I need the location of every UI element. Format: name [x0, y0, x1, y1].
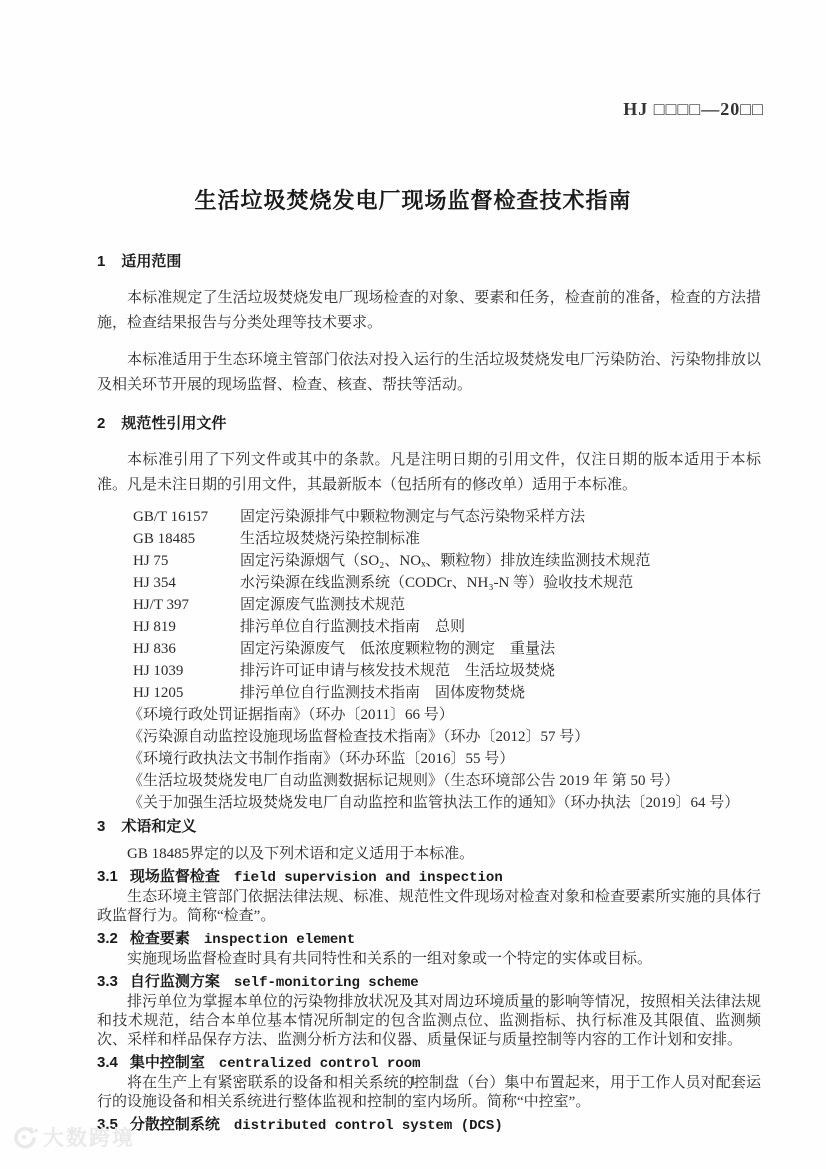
term-zh: 集中控制室 [130, 1054, 205, 1071]
cited-document: 《环境行政处罚证据指南》（环办〔2011〕66 号） [97, 704, 761, 726]
document-page: HJ □□□□—20□□ 生活垃圾焚烧发电厂现场监督检查技术指南 1适用范围 本… [0, 0, 826, 1169]
reference-code: HJ 1205 [133, 682, 240, 704]
term-heading: 3.3自行监测方案self-monitoring scheme [97, 972, 761, 993]
reference-item: HJ 354水污染源在线监测系统（CODCr、NH₃-N 等）验收技术规范 [97, 572, 761, 594]
reference-item: HJ 1039排污许可证申请与核发技术规范 生活垃圾焚烧 [97, 660, 761, 682]
term-zh: 检查要素 [130, 930, 190, 947]
reference-code: HJ 1039 [133, 660, 240, 682]
term-definition-text: 生态环境主管部门依据法律法规、标准、规范性文件现场对检查对象和检查要素所实施的具… [97, 888, 761, 926]
term-definition-text: 排污单位为掌握本单位的污染物排放状况及其对周边环境质量的影响等情况，按照相关法律… [97, 993, 761, 1050]
section-title: 规范性引用文件 [121, 415, 226, 432]
normative-reference-list: GB/T 16157固定污染源排气中颗粒物测定与气态污染物采样方法 GB 184… [97, 506, 761, 814]
term-definition-3-2: 3.2检查要素inspection element 实施现场监督检查时具有共同特… [97, 929, 761, 969]
reference-title: 固定污染源排气中颗粒物测定与气态污染物采样方法 [240, 506, 761, 528]
reference-code: GB 18485 [133, 528, 240, 550]
term-heading: 3.1现场监督检查field supervision and inspectio… [97, 867, 761, 888]
cited-document: 《生活垃圾焚烧发电厂自动监测数据标记规则》（生态环境部公告 2019 年 第 5… [97, 770, 761, 792]
reference-title: 生活垃圾焚烧污染控制标准 [240, 528, 761, 550]
cited-document: 《环境行政执法文书制作指南》（环办环监〔2016〕55 号） [97, 748, 761, 770]
term-en: self-monitoring scheme [234, 975, 419, 991]
section-2-heading: 2规范性引用文件 [97, 414, 761, 434]
section-1-paragraph-2: 本标准适用于生态环境主管部门依法对投入运行的生活垃圾焚烧发电厂污染防治、污染物排… [97, 348, 761, 398]
term-heading: 3.2检查要素inspection element [97, 929, 761, 950]
reference-title: 排污单位自行监测技术指南 固体废物焚烧 [240, 682, 761, 704]
reference-title: 排污单位自行监测技术指南 总则 [240, 616, 761, 638]
term-zh: 分散控制系统 [130, 1116, 220, 1133]
reference-code: HJ 354 [133, 572, 240, 594]
reference-code: GB/T 16157 [133, 506, 240, 528]
term-definition-text: 实施现场监督检查时具有共同特性和关系的一组对象或一个特定的实体或目标。 [97, 950, 761, 969]
reference-code: HJ 75 [133, 550, 240, 572]
section-1-paragraph-1: 本标准规定了生活垃圾焚烧发电厂现场检查的对象、要素和任务，检查前的准备，检查的方… [97, 286, 761, 336]
reference-item: HJ/T 397固定源废气监测技术规范 [97, 594, 761, 616]
term-en: centralized control room [219, 1056, 421, 1072]
term-en: field supervision and inspection [234, 870, 503, 886]
cited-document: 《污染源自动监控设施现场监督检查技术指南》（环办〔2012〕57 号） [97, 726, 761, 748]
reference-title: 固定污染源废气 低浓度颗粒物的测定 重量法 [240, 638, 761, 660]
section-2-intro: 本标准引用了下列文件或其中的条款。凡是注明日期的引用文件，仅注日期的版本适用于本… [97, 448, 761, 498]
watermark: 大数跨境 [12, 1122, 135, 1152]
cited-document: 《关于加强生活垃圾焚烧发电厂自动监控和监管执法工作的通知》（环办执法〔2019〕… [97, 792, 761, 814]
term-definition-3-3: 3.3自行监测方案self-monitoring scheme 排污单位为掌握本… [97, 972, 761, 1050]
term-zh: 自行监测方案 [130, 973, 220, 990]
term-definition-3-5: 3.5分散控制系统distributed control system (DCS… [97, 1115, 761, 1136]
section-number: 3 [97, 818, 105, 835]
reference-item: HJ 819排污单位自行监测技术指南 总则 [97, 616, 761, 638]
reference-title: 水污染源在线监测系统（CODCr、NH₃-N 等）验收技术规范 [240, 572, 761, 594]
term-number: 3.3 [97, 973, 118, 990]
term-en: distributed control system (DCS) [234, 1118, 503, 1134]
reference-code: HJ 836 [133, 638, 240, 660]
reference-title: 排污许可证申请与核发技术规范 生活垃圾焚烧 [240, 660, 761, 682]
section-3-intro: GB 18485界定的以及下列术语和定义适用于本标准。 [97, 845, 761, 864]
reference-item: GB 18485生活垃圾焚烧污染控制标准 [97, 528, 761, 550]
reference-item: HJ 75固定污染源烟气（SO₂、NOₓ、颗粒物）排放连续监测技术规范 [97, 550, 761, 572]
section-1-heading: 1适用范围 [97, 252, 761, 272]
term-heading: 3.4集中控制室centralized control room [97, 1053, 761, 1074]
reference-item: GB/T 16157固定污染源排气中颗粒物测定与气态污染物采样方法 [97, 506, 761, 528]
section-title: 术语和定义 [121, 818, 196, 835]
term-definition-3-1: 3.1现场监督检查field supervision and inspectio… [97, 867, 761, 926]
term-en: inspection element [204, 932, 355, 948]
page-number: 1 [0, 1074, 826, 1090]
term-zh: 现场监督检查 [130, 868, 220, 885]
term-heading: 3.5分散控制系统distributed control system (DCS… [97, 1115, 761, 1136]
term-number: 3.2 [97, 930, 118, 947]
term-number: 3.4 [97, 1054, 118, 1071]
watermark-text: 大数跨境 [43, 1122, 135, 1152]
section-number: 2 [97, 415, 105, 432]
section-3-heading: 3术语和定义 [97, 817, 761, 836]
reference-code: HJ/T 397 [133, 594, 240, 616]
reference-item: HJ 836固定污染源废气 低浓度颗粒物的测定 重量法 [97, 638, 761, 660]
reference-item: HJ 1205排污单位自行监测技术指南 固体废物焚烧 [97, 682, 761, 704]
section-title: 适用范围 [121, 253, 181, 270]
watermark-logo-icon [12, 1124, 38, 1150]
section-number: 1 [97, 253, 105, 270]
reference-title: 固定源废气监测技术规范 [240, 594, 761, 616]
reference-code: HJ 819 [133, 616, 240, 638]
reference-title: 固定污染源烟气（SO₂、NOₓ、颗粒物）排放连续监测技术规范 [240, 550, 761, 572]
term-number: 3.1 [97, 868, 118, 885]
document-body: 1适用范围 本标准规定了生活垃圾焚烧发电厂现场检查的对象、要素和任务，检查前的准… [97, 0, 761, 1136]
